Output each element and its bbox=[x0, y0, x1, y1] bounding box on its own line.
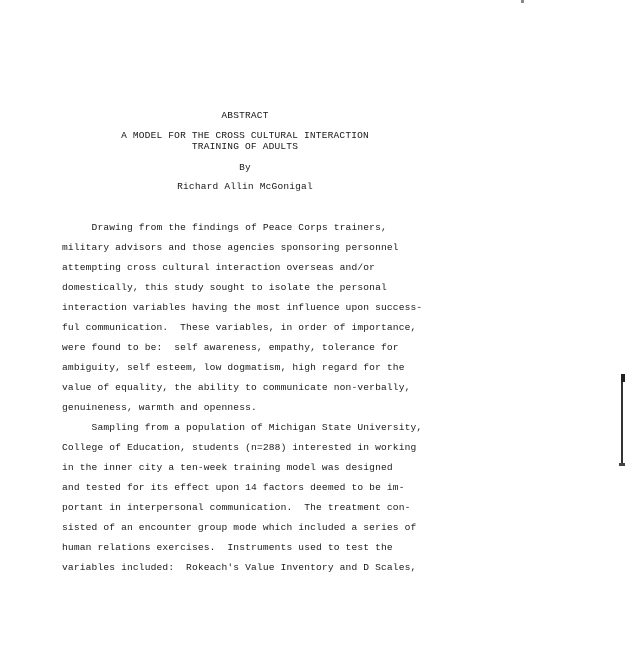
scan-edge-mark bbox=[621, 374, 623, 466]
body-line: Sampling from a population of Michigan S… bbox=[62, 422, 422, 433]
body-line: value of equality, the ability to commun… bbox=[62, 382, 411, 393]
body-line: military advisors and those agencies spo… bbox=[62, 242, 399, 253]
abstract-heading: ABSTRACT bbox=[0, 110, 490, 121]
author-name: Richard Allin McGonigal bbox=[0, 181, 490, 192]
title-line-1: A MODEL FOR THE CROSS CULTURAL INTERACTI… bbox=[0, 130, 490, 141]
body-line: ambiguity, self esteem, low dogmatism, h… bbox=[62, 362, 405, 373]
body-line: sisted of an encounter group mode which … bbox=[62, 522, 416, 533]
scan-speck bbox=[521, 0, 524, 3]
body-line: portant in interpersonal communication. … bbox=[62, 502, 411, 513]
body-line: interaction variables having the most in… bbox=[62, 302, 422, 313]
body-line: variables included: Rokeach's Value Inve… bbox=[62, 562, 416, 573]
by-label: By bbox=[0, 162, 490, 173]
body-line: in the inner city a ten-week training mo… bbox=[62, 462, 393, 473]
body-line: human relations exercises. Instruments u… bbox=[62, 542, 393, 553]
body-line: were found to be: self awareness, empath… bbox=[62, 342, 399, 353]
body-line: domestically, this study sought to isola… bbox=[62, 282, 387, 293]
body-line: ful communication. These variables, in o… bbox=[62, 322, 416, 333]
body-line: and tested for its effect upon 14 factor… bbox=[62, 482, 405, 493]
body-line: College of Education, students (n=288) i… bbox=[62, 442, 416, 453]
body-line: attempting cross cultural interaction ov… bbox=[62, 262, 375, 273]
body-line: genuineness, warmth and openness. bbox=[62, 402, 257, 413]
title-line-2: TRAINING OF ADULTS bbox=[0, 141, 490, 152]
body-line: Drawing from the findings of Peace Corps… bbox=[62, 222, 387, 233]
